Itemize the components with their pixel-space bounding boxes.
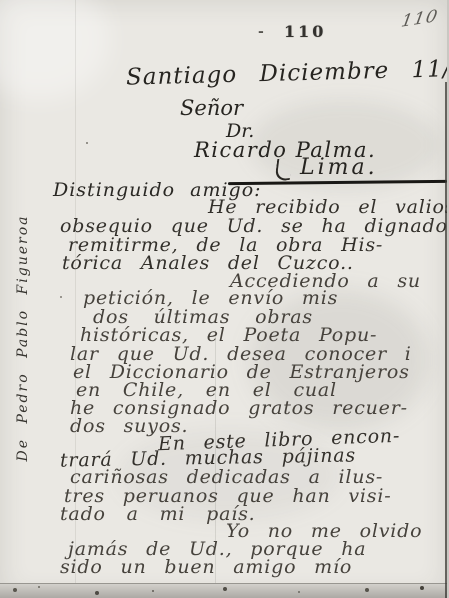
letter-line: sido un buen amigo mío (60, 556, 352, 578)
handwritten-page-number: 110 (400, 6, 440, 31)
salutation-senor: Señor (180, 96, 243, 120)
paper-highlight (0, 0, 110, 100)
stamp-dash: - (258, 24, 264, 40)
salutation-lima: Lima. (300, 155, 378, 180)
margin-attribution-note: De Pedro Pablo Figueroa (15, 198, 31, 478)
page-edge-shadow (445, 82, 447, 598)
letter-dateline: Santiago Diciembre 11/94 (126, 55, 449, 90)
scanned-letter-page: - 110 110 Santiago Diciembre 11/94 Señor… (0, 0, 449, 598)
scan-speckles (0, 0, 2, 2)
scan-bottom-edge (0, 583, 449, 598)
page-number-stamp: 110 (284, 22, 326, 41)
pen-flourish (274, 157, 292, 182)
